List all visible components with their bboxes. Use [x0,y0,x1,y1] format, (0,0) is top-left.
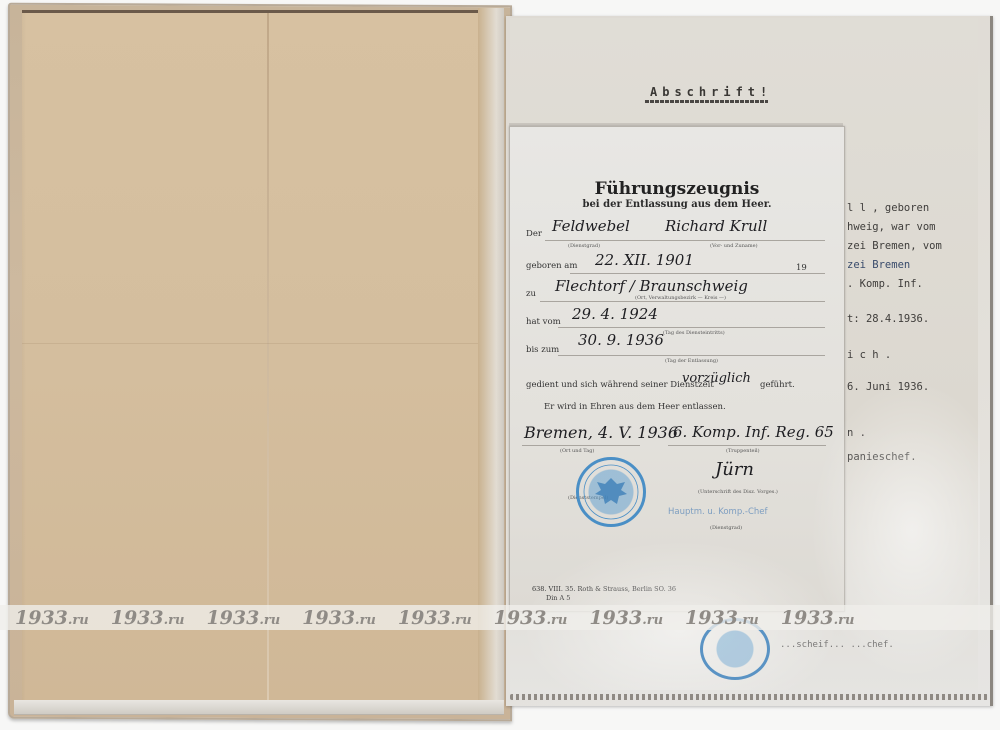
watermark-text: 1933.ru [685,607,759,629]
born-year-prefix: 19 [796,263,807,273]
signature-caption: (Unterschrift des Disz. Vorges.) [698,489,778,495]
company-seal-stamp [576,457,646,527]
folder-spine [478,8,504,703]
from-line [558,327,825,328]
born-date-value: 22. XII. 1901 [595,251,694,269]
watermark-text: 1933.ru [302,607,376,629]
commander-signature: Jürn [715,459,754,480]
name-caption: (Vor- und Zuname) [710,243,758,249]
issue-place-line [522,445,640,446]
place-value: Flechtorf / Braunschweig [555,277,748,295]
rank-title-stamp: Hauptm. u. Komp.-Chef [668,507,768,517]
typed-line: zei Bremen, vom [847,240,942,252]
place-line [540,301,825,302]
conduct-value: vorzüglich [682,371,751,386]
unit-line [668,445,826,446]
watermark-text: 1933.ru [206,607,280,629]
typed-copy-title-underline [645,100,768,103]
horizontal-fold-crease [22,343,500,344]
watermark-text: 1933.ru [15,607,89,629]
conduct-suffix: geführt. [760,380,795,390]
issue-place-date: Bremen, 4. V. 1936 [524,423,678,442]
honorable-discharge-line: Er wird in Ehren aus dem Heer entlassen. [544,402,726,412]
watermark-text: 1933.ru [781,607,855,629]
typed-line: t: 28.4.1936. [847,313,929,325]
typed-line: zei Bremen [847,259,910,271]
until-date-value: 30. 9. 1936 [578,331,664,349]
unit-caption: (Truppenteil) [726,448,760,454]
typed-line: . Komp. Inf. [847,278,923,290]
watermark-text: 1933.ru [398,607,472,629]
born-label: geboren am [526,261,577,271]
typed-copy-title: Abschrift! [650,85,772,99]
until-line [558,355,825,356]
name-value: Richard Krull [665,217,767,235]
until-caption: (Tag der Entlassung) [665,358,718,364]
rank-caption: (Dienstgrad) [568,243,600,249]
issue-place-caption: (Ort und Tag) [560,448,594,454]
until-label: bis zum [526,345,559,355]
typed-line: l l , geboren [847,202,929,214]
typed-line: i c h . [847,349,891,361]
blank-left-page [22,10,500,703]
plastic-edge-bottom [14,700,504,715]
typed-copy-lower-fragment: ...scheif... ...chef. [780,640,894,650]
watermark-strip: 1933.ru1933.ru1933.ru1933.ru1933.ru1933.… [0,605,1000,630]
rank-name-line [545,240,825,241]
certificate-subtitle: bei der Entlassung aus dem Heer. [510,199,844,210]
watermark-text: 1933.ru [589,607,663,629]
rank-value: Feldwebel [552,217,630,235]
rank-title-caption: (Dienstgrad) [710,525,742,531]
typed-line: hweig, war vom [847,221,936,233]
sleeve-perforation [510,694,988,700]
from-label: hat vom [526,317,561,327]
place-label: zu [526,289,536,299]
vertical-fold-crease [267,13,269,703]
der-label: Der [526,229,542,239]
born-line [570,273,825,274]
certificate-title: Führungszeugnis [510,179,844,199]
watermark-text: 1933.ru [111,607,185,629]
from-caption: (Tag des Diensteintritts) [663,330,725,336]
eagle-emblem-icon [579,460,643,524]
watermark-text: 1933.ru [494,607,568,629]
from-date-value: 29. 4. 1924 [572,305,658,323]
place-caption: (Ort, Verwaltungsbezirk — Kreis —) [635,295,726,301]
